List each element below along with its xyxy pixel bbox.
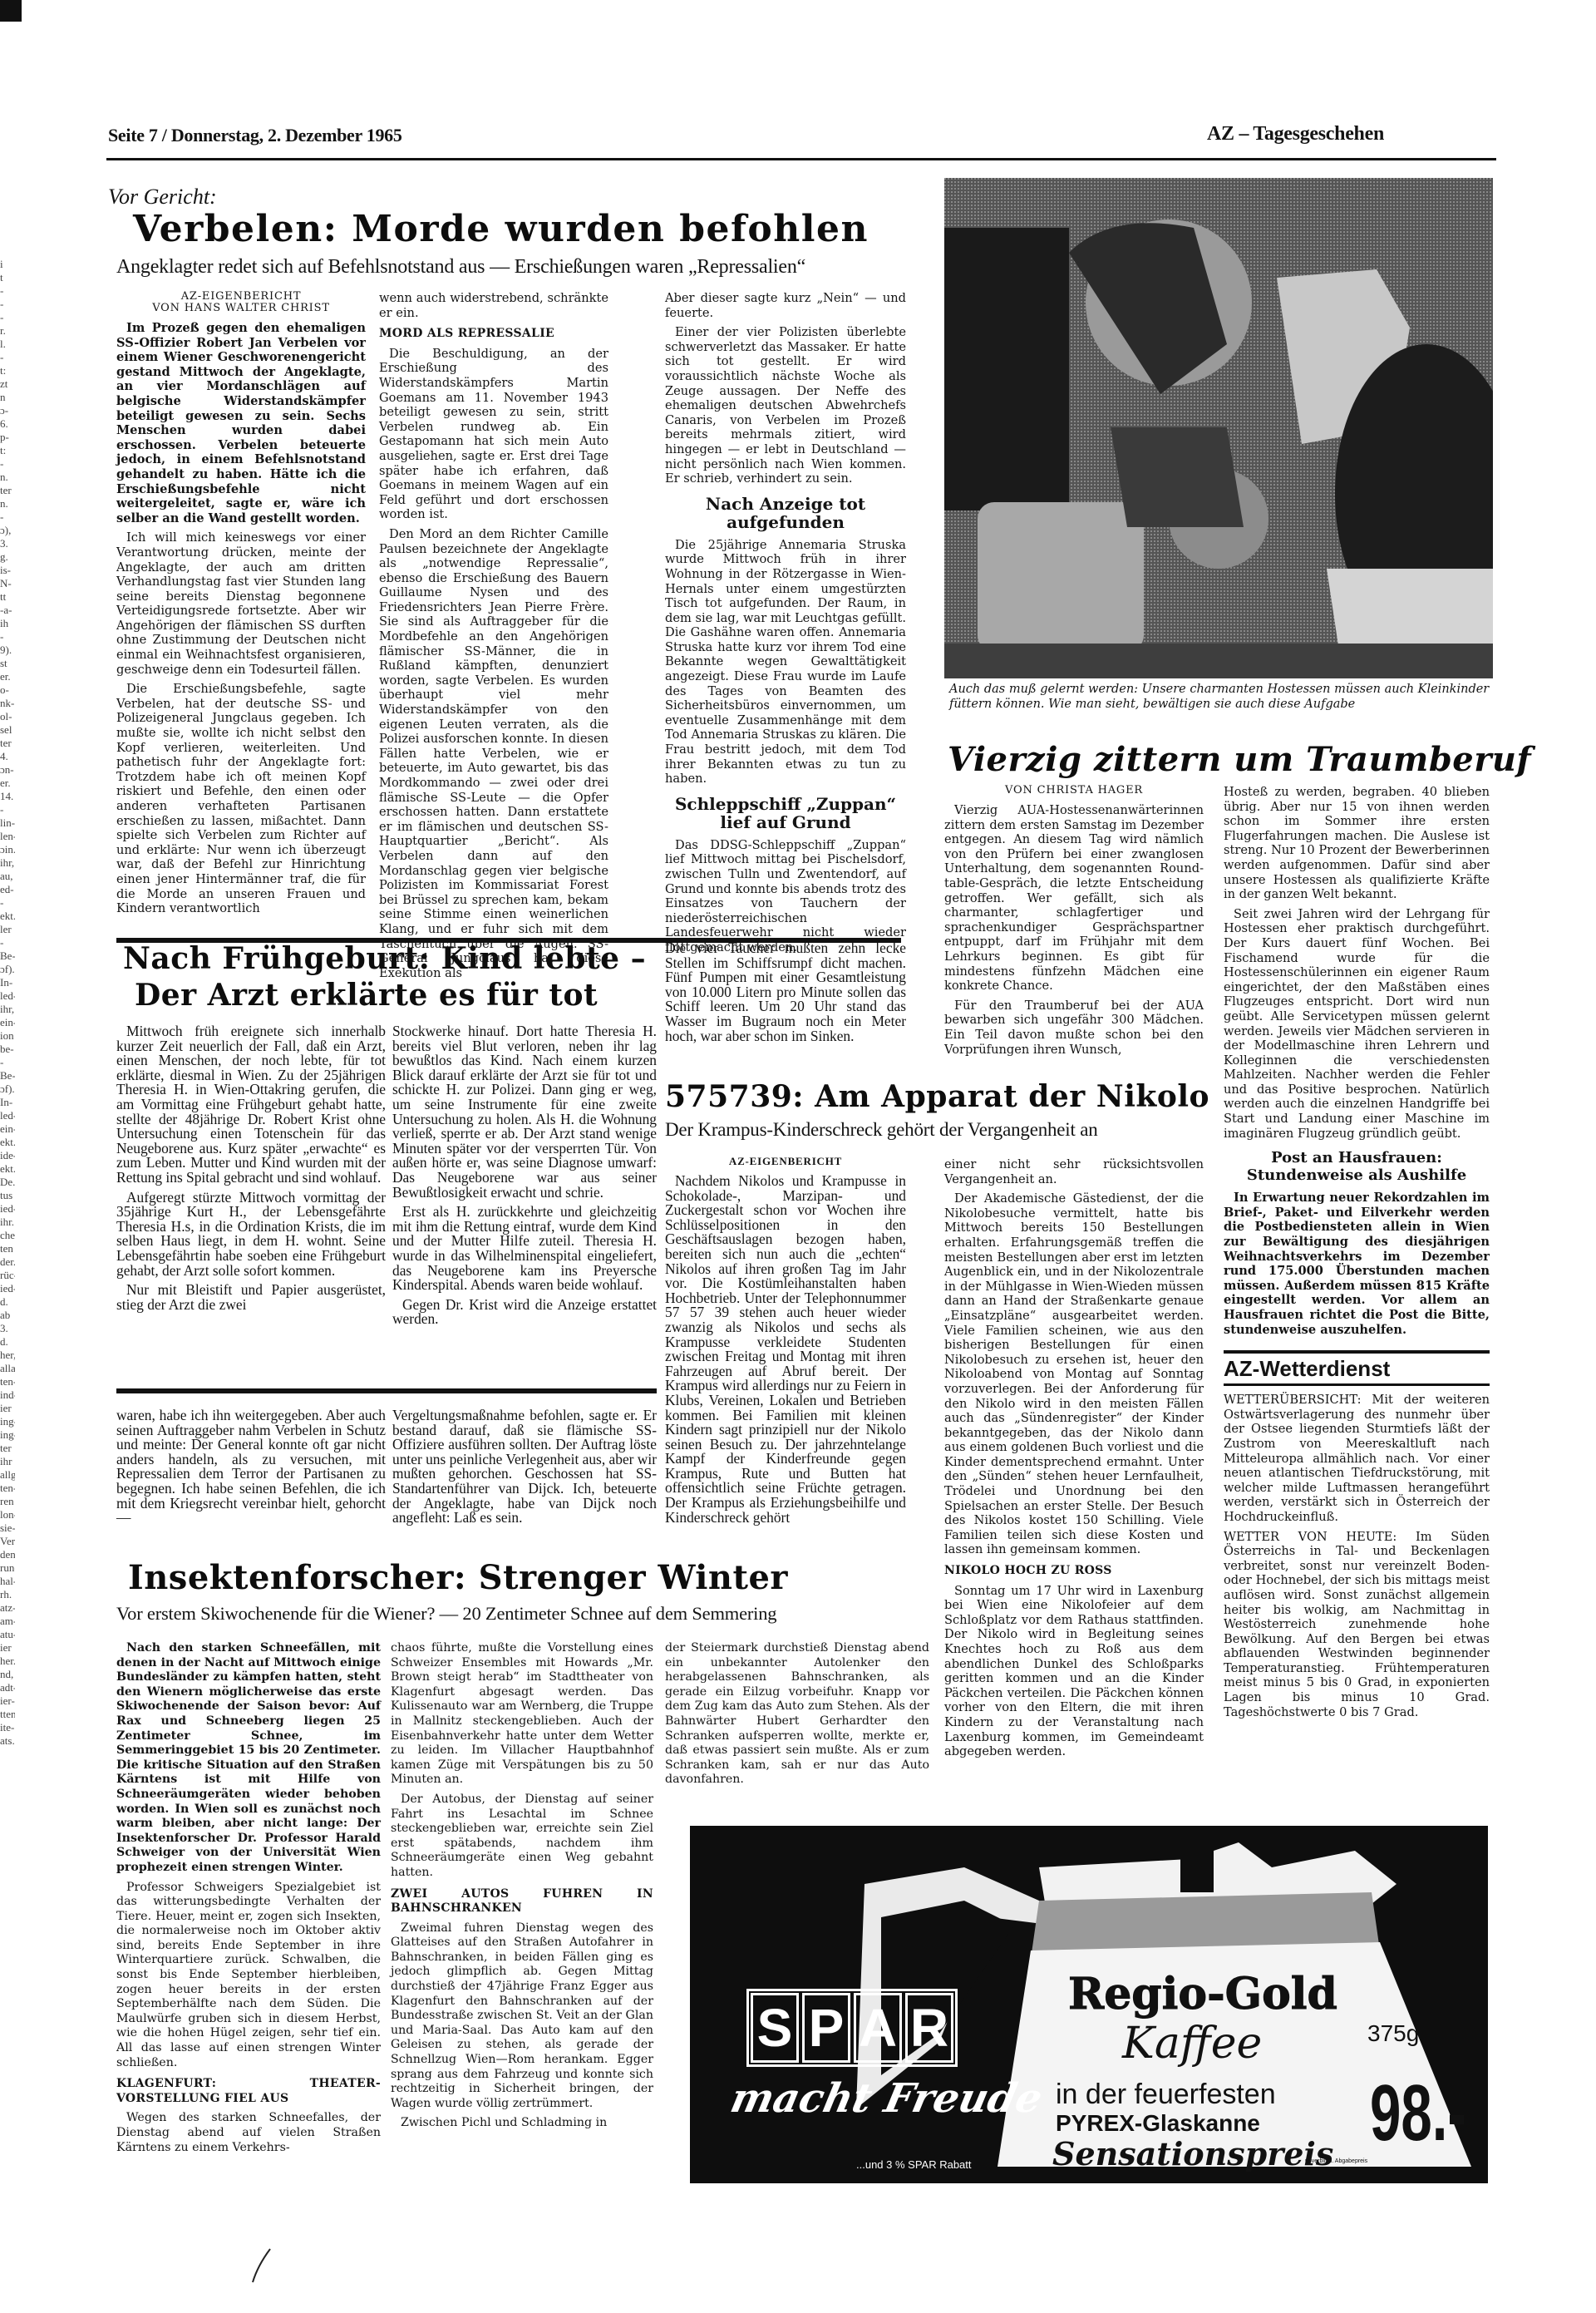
corner-mark: [0, 0, 22, 22]
edge-fragment: 6.: [0, 417, 15, 431]
edge-fragment: sel: [0, 723, 15, 737]
ad-line-1: in der feuerfesten: [1056, 2079, 1276, 2111]
edge-fragment: rh.: [0, 1588, 15, 1601]
edge-fragment: led-: [0, 989, 15, 1003]
edge-fragment: ihr,: [0, 856, 15, 870]
paragraph: Nur mit Bleistift und Papier ausgerüstet…: [116, 1283, 386, 1312]
edge-fragment: ier: [0, 1402, 15, 1415]
edge-fragment: her.: [0, 1655, 15, 1668]
edge-fragment: len-: [0, 830, 15, 843]
edge-fragment: i: [0, 258, 15, 271]
edge-fragment: am-: [0, 1615, 15, 1628]
edge-fragment: d.: [0, 1335, 15, 1349]
winter-headline: Insektenforscher: Strenger Winter: [128, 1558, 788, 1597]
vierzig-col-1: VON CHRISTA HAGER Vierzig AUA-Hostessena…: [944, 785, 1204, 1062]
paragraph: Für den Traumberuf bei der AUA bewarben …: [944, 999, 1204, 1057]
paragraph: Mittwoch früh ereignete sich innerhalb k…: [116, 1024, 386, 1186]
anzeige-body: Die 25jährige Annemaria Struska wurde Mi…: [665, 538, 906, 787]
verbelen-cont-2: Vergeltungsmaßnahme befohlen, sagte er. …: [392, 1408, 657, 1531]
pen-mark: [249, 2245, 274, 2286]
edge-fragment: -: [0, 457, 15, 471]
edge-fragment: ier: [0, 1641, 15, 1655]
edge-fragment: atz-: [0, 1601, 15, 1615]
byline: VON CHRISTA HAGER: [944, 785, 1204, 796]
header-rule: [106, 158, 1496, 160]
edge-fragment: ier-: [0, 1694, 15, 1708]
edge-fragment: ed-: [0, 883, 15, 896]
paragraph: Seit zwei Jahren wird der Lehrgang für H…: [1224, 907, 1490, 1142]
edge-fragment: -: [0, 298, 15, 311]
paragraph: Ich will mich keineswegs vor einer Veran…: [116, 530, 366, 677]
edge-fragment: 3.: [0, 537, 15, 550]
nikolo-headline: 575739: Am Apparat der Nikolo: [665, 1079, 1209, 1114]
edge-fragment: ekt.: [0, 910, 15, 923]
edge-fragment: be-: [0, 1043, 15, 1056]
edge-fragment: t:: [0, 364, 15, 377]
edge-fragment: rüc-: [0, 1269, 15, 1282]
edge-fragment: ih: [0, 617, 15, 630]
zuppan-cont: Die vier Taucher mußten zehn lecke Stell…: [665, 941, 906, 1048]
edge-fragment: is-: [0, 564, 15, 577]
edge-fragment: -: [0, 803, 15, 816]
edge-fragment: alla.: [0, 1362, 15, 1375]
vierzig-col-2: Hosteß zu werden, begraben. 40 blieben ü…: [1224, 785, 1490, 1724]
edge-fragment: tus: [0, 1189, 15, 1202]
edge-fragment: allg.: [0, 1468, 15, 1482]
section-title: AZ – Tagesgeschehen: [1207, 123, 1384, 145]
edge-fragment: Ver-: [0, 1535, 15, 1548]
paragraph: Stockwerke hinauf. Dort hatte Theresia H…: [392, 1024, 657, 1200]
edge-fragment: De.: [0, 1176, 15, 1189]
edge-fragment: adt-: [0, 1681, 15, 1694]
weather-box: AZ-Wetterdienst: [1224, 1350, 1490, 1386]
fruehgeburt-col-2: Stockwerke hinauf. Dort hatte Theresia H…: [392, 1024, 657, 1332]
verbelen-lead: Im Prozeß gegen den ehemaligen SS-Offizi…: [116, 321, 366, 525]
edge-fragment: st: [0, 657, 15, 670]
edge-fragment: ein-: [0, 1122, 15, 1136]
edge-fragment: ten: [0, 1242, 15, 1255]
section-rule: [116, 1388, 657, 1393]
edge-fragment: tt: [0, 590, 15, 604]
paragraph: Die Erschießungsbefehle, sagte Verbelen,…: [116, 682, 366, 916]
edge-fragment: au,: [0, 870, 15, 883]
edge-fragment: ter: [0, 484, 15, 497]
verbelen-headline: Verbelen: Morde wurden befohlen: [133, 208, 869, 250]
edge-fragment: er.: [0, 777, 15, 790]
winter-deck: Vor erstem Skiwochenende für die Wiener?…: [116, 1603, 776, 1625]
paragraph: Einer der vier Polizisten überlebte schw…: [665, 325, 906, 486]
edge-fragment: d.: [0, 1295, 15, 1309]
edge-fragments: it---r.l.-t:ztnɔ-6.p-t:-n.tern.-ɔ),3.g.i…: [0, 258, 15, 1837]
page-date: Seite 7 / Donnerstag, 2. Dezember 1965: [108, 125, 402, 146]
edge-fragment: ats.: [0, 1734, 15, 1748]
edge-fragment: ing-: [0, 1415, 15, 1428]
ad-line-2: PYREX-Glaskanne: [1056, 2110, 1260, 2137]
edge-fragment: ol-: [0, 710, 15, 723]
edge-fragment: run-: [0, 1561, 15, 1575]
edge-fragment: ihr: [0, 1455, 15, 1468]
verbelen-col-1: AZ-EIGENBERICHTVON HANS WALTER CHRIST Im…: [116, 291, 366, 921]
nikolo-col-1: AZ-EIGENBERICHT Nachdem Nikolos und Kram…: [665, 1156, 906, 1530]
paragraph: Sonntag um 17 Uhr wird in Laxenburg bei …: [944, 1584, 1204, 1759]
anzeige-headline: Nach Anzeige totaufgefunden: [665, 495, 906, 531]
edge-fragment: hal-: [0, 1575, 15, 1588]
edge-fragment: -: [0, 284, 15, 298]
edge-fragment: led-: [0, 1109, 15, 1122]
subheading: NIKOLO HOCH ZU ROSS: [944, 1564, 1204, 1579]
paragraph: Vierzig AUA-Hostessenanwärterinnen zitte…: [944, 803, 1204, 994]
spar-logo: S P A R: [746, 1989, 958, 2067]
edge-fragment: tten: [0, 1708, 15, 1721]
edge-fragment: zt: [0, 377, 15, 391]
fineprint: unverbindl. Abgabepreis: [1305, 2158, 1367, 2164]
paragraph: Aufgeregt stürzte Mittwoch vormittag der…: [116, 1191, 386, 1279]
paragraph: Professor Schweigers Spezialgebiet ist d…: [116, 1881, 381, 2071]
byline: AZ-EIGENBERICHT: [665, 1156, 906, 1167]
nikolo-deck: Der Krampus-Kinderschreck gehört der Ver…: [665, 1119, 1098, 1141]
edge-fragment: ing-: [0, 1428, 15, 1442]
edge-fragment: -: [0, 311, 15, 324]
byline: AZ-EIGENBERICHTVON HANS WALTER CHRIST: [116, 291, 366, 314]
edge-fragment: ɔf).: [0, 963, 15, 976]
edge-fragment: lon-: [0, 1508, 15, 1521]
edge-fragment: atu-: [0, 1628, 15, 1641]
edge-fragment: -a-: [0, 604, 15, 617]
edge-fragment: 14.: [0, 790, 15, 803]
edge-fragment: lin-: [0, 816, 15, 830]
edge-fragment: ler: [0, 923, 15, 936]
edge-fragment: ide-: [0, 1149, 15, 1162]
edge-fragment: nk-: [0, 697, 15, 710]
paragraph: Zwischen Pichl und Schladming in: [391, 2116, 653, 2131]
edge-fragment: ten-: [0, 1482, 15, 1495]
edge-fragment: ind-: [0, 1388, 15, 1402]
edge-fragment: -: [0, 351, 15, 364]
edge-fragment: In-: [0, 1096, 15, 1109]
weather-today: WETTER VON HEUTE: Im Süden Österreichs i…: [1224, 1530, 1490, 1720]
edge-fragment: -: [0, 896, 15, 910]
edge-fragment: ihr.: [0, 1216, 15, 1229]
paragraph: Aber dieser sagte kurz „Nein“ — und feue…: [665, 291, 906, 320]
edge-fragment: p-: [0, 431, 15, 444]
paragraph: chaos führte, mußte die Vorstellung eine…: [391, 1641, 653, 1788]
fruehgeburt-headline-1: Nach Frühgeburt: Kind lebte –: [123, 941, 646, 976]
winter-col-3: der Steiermark durchstieß Dienstag abend…: [665, 1641, 929, 1793]
spar-advertisement: S P A R macht Freude ...und 3 % SPAR Rab…: [690, 1826, 1488, 2183]
edge-fragment: r.: [0, 324, 15, 338]
photo-caption: Auch das muß gelernt werden: Unsere char…: [949, 682, 1490, 712]
paragraph: Den Mord an dem Richter Camille Paulsen …: [379, 527, 608, 980]
hostess-photo: [944, 178, 1493, 678]
edge-fragment: ɔ),: [0, 524, 15, 537]
edge-fragment: ɔf).: [0, 1083, 15, 1096]
edge-fragment: 3.: [0, 1322, 15, 1335]
subheading: MORD ALS REPRESSALIE: [379, 327, 608, 342]
edge-fragment: her,: [0, 1349, 15, 1362]
subheading: ZWEI AUTOS FUHREN IN BAHNSCHRANKEN: [391, 1887, 653, 1916]
edge-fragment: ɔn-: [0, 763, 15, 777]
product-name: Regio-Gold: [1068, 1969, 1337, 2020]
paragraph: wenn auch widerstrebend, schränkte er ei…: [379, 291, 608, 320]
post-headline: Post an Hausfrauen:Stundenweise als Aush…: [1224, 1149, 1490, 1184]
verbelen-col-3: Aber dieser sagte kurz „Nein“ — und feue…: [665, 291, 906, 960]
winter-col-1: Nach den starken Schneefällen, mit denen…: [116, 1641, 381, 2160]
edge-fragment: sie-: [0, 1521, 15, 1535]
edge-fragment: t:: [0, 444, 15, 457]
paragraph: Nachdem Nikolos und Krampusse in Schokol…: [665, 1174, 906, 1525]
edge-fragment: 9).: [0, 644, 15, 657]
edge-fragment: Be-: [0, 1069, 15, 1083]
edge-fragment: ein-: [0, 1016, 15, 1029]
paragraph: Vergeltungsmaßnahme befohlen, sagte er. …: [392, 1408, 657, 1526]
paragraph: Der Autobus, der Dienstag auf seiner Fah…: [391, 1793, 653, 1881]
edge-fragment: ten-: [0, 1375, 15, 1388]
rebate-note: ...und 3 % SPAR Rabatt: [856, 2158, 972, 2171]
edge-fragment: ter: [0, 737, 15, 750]
paragraph: Die Beschuldigung, an der Erschießung de…: [379, 347, 608, 522]
paragraph: Der Akademische Gästedienst, der die Nik…: [944, 1191, 1204, 1557]
edge-fragment: der.: [0, 1255, 15, 1269]
edge-fragment: n.: [0, 471, 15, 484]
edge-fragment: ekt.: [0, 1136, 15, 1149]
paragraph: einer nicht sehr rücksichtsvollen Vergan…: [944, 1157, 1204, 1186]
paragraph: der Steiermark durchstieß Dienstag abend…: [665, 1641, 929, 1788]
edge-fragment: t: [0, 271, 15, 284]
verbelen-kicker: Vor Gericht:: [108, 185, 217, 210]
edge-fragment: n.: [0, 497, 15, 510]
spar-slogan: macht Freude: [727, 2075, 1047, 2122]
post-body: In Erwartung neuer Rekordzahlen im Brief…: [1224, 1191, 1490, 1337]
edge-fragment: ɔin.: [0, 843, 15, 856]
edge-fragment: n: [0, 391, 15, 404]
edge-fragment: ɔ-: [0, 404, 15, 417]
paragraph: Erst als H. zurückkehrte und gleichzeiti…: [392, 1205, 657, 1293]
photo-illustration: [944, 178, 1493, 678]
verbelen-col-2: wenn auch widerstrebend, schränkte er ei…: [379, 291, 608, 985]
edge-fragment: o-: [0, 683, 15, 697]
price-label: Sensationspreis: [1052, 2135, 1333, 2172]
edge-fragment: -: [0, 936, 15, 949]
zuppan-headline: Schleppschiff „Zuppan“lief auf Grund: [665, 795, 906, 831]
paragraph: Zweimal fuhren Dienstag wegen des Glatte…: [391, 1921, 653, 2112]
edge-fragment: -: [0, 510, 15, 524]
paragraph: Wegen des starken Schneefalles, der Dien…: [116, 2111, 381, 2155]
subheading: KLAGENFURT: THEATER-VORSTELLUNG FIEL AUS: [116, 2077, 381, 2106]
nikolo-col-2: einer nicht sehr rücksichtsvollen Vergan…: [944, 1157, 1204, 1764]
edge-fragment: ied-: [0, 1282, 15, 1295]
weather-title: AZ-Wetterdienst: [1224, 1355, 1490, 1382]
paragraph: waren, habe ich ihn weitergegeben. Aber …: [116, 1408, 386, 1526]
edge-fragment: den-: [0, 1548, 15, 1561]
edge-fragment: g.: [0, 550, 15, 564]
edge-fragment: che: [0, 1229, 15, 1242]
edge-fragment: ite-: [0, 1721, 15, 1734]
paragraph: Hosteß zu werden, begraben. 40 blieben ü…: [1224, 785, 1490, 902]
edge-fragment: ekt.: [0, 1162, 15, 1176]
edge-fragment: In-: [0, 976, 15, 989]
paragraph: Die vier Taucher mußten zehn lecke Stell…: [665, 941, 906, 1043]
fruehgeburt-headline-2: Der Arzt erklärte es für tot: [135, 978, 598, 1013]
edge-fragment: er.: [0, 670, 15, 683]
edge-fragment: -: [0, 1056, 15, 1069]
price: 98.-: [1370, 2072, 1466, 2155]
edge-fragment: l.: [0, 338, 15, 351]
verbelen-deck: Angeklagter redet sich auf Befehlsnotsta…: [116, 256, 805, 279]
verbelen-cont-1: waren, habe ich ihn weitergegeben. Aber …: [116, 1408, 386, 1531]
paragraph: Gegen Dr. Krist wird die Anzeige erstatt…: [392, 1298, 657, 1327]
edge-fragment: ab: [0, 1309, 15, 1322]
edge-fragment: ter: [0, 1442, 15, 1455]
edge-fragment: nd,: [0, 1668, 15, 1681]
weather-overview: WETTERÜBERSICHT: Mit der weiteren Ostwär…: [1224, 1393, 1490, 1524]
edge-fragment: 4.: [0, 750, 15, 763]
winter-lead: Nach den starken Schneefällen, mit denen…: [116, 1641, 381, 1876]
edge-fragment: ion: [0, 1029, 15, 1043]
vierzig-headline: Vierzig zittern um Traumberuf: [948, 740, 1531, 779]
winter-col-2: chaos führte, mußte die Vorstellung eine…: [391, 1641, 653, 2136]
edge-fragment: ihr,: [0, 1003, 15, 1016]
product-type: Kaffee: [1122, 2019, 1262, 2069]
product-weight: 375g: [1367, 2020, 1419, 2047]
edge-fragment: Be-: [0, 949, 15, 963]
edge-fragment: ren: [0, 1495, 15, 1508]
edge-fragment: -: [0, 630, 15, 644]
fruehgeburt-col-1: Mittwoch früh ereignete sich innerhalb k…: [116, 1024, 386, 1317]
edge-fragment: ied-: [0, 1202, 15, 1216]
edge-fragment: N-: [0, 577, 15, 590]
